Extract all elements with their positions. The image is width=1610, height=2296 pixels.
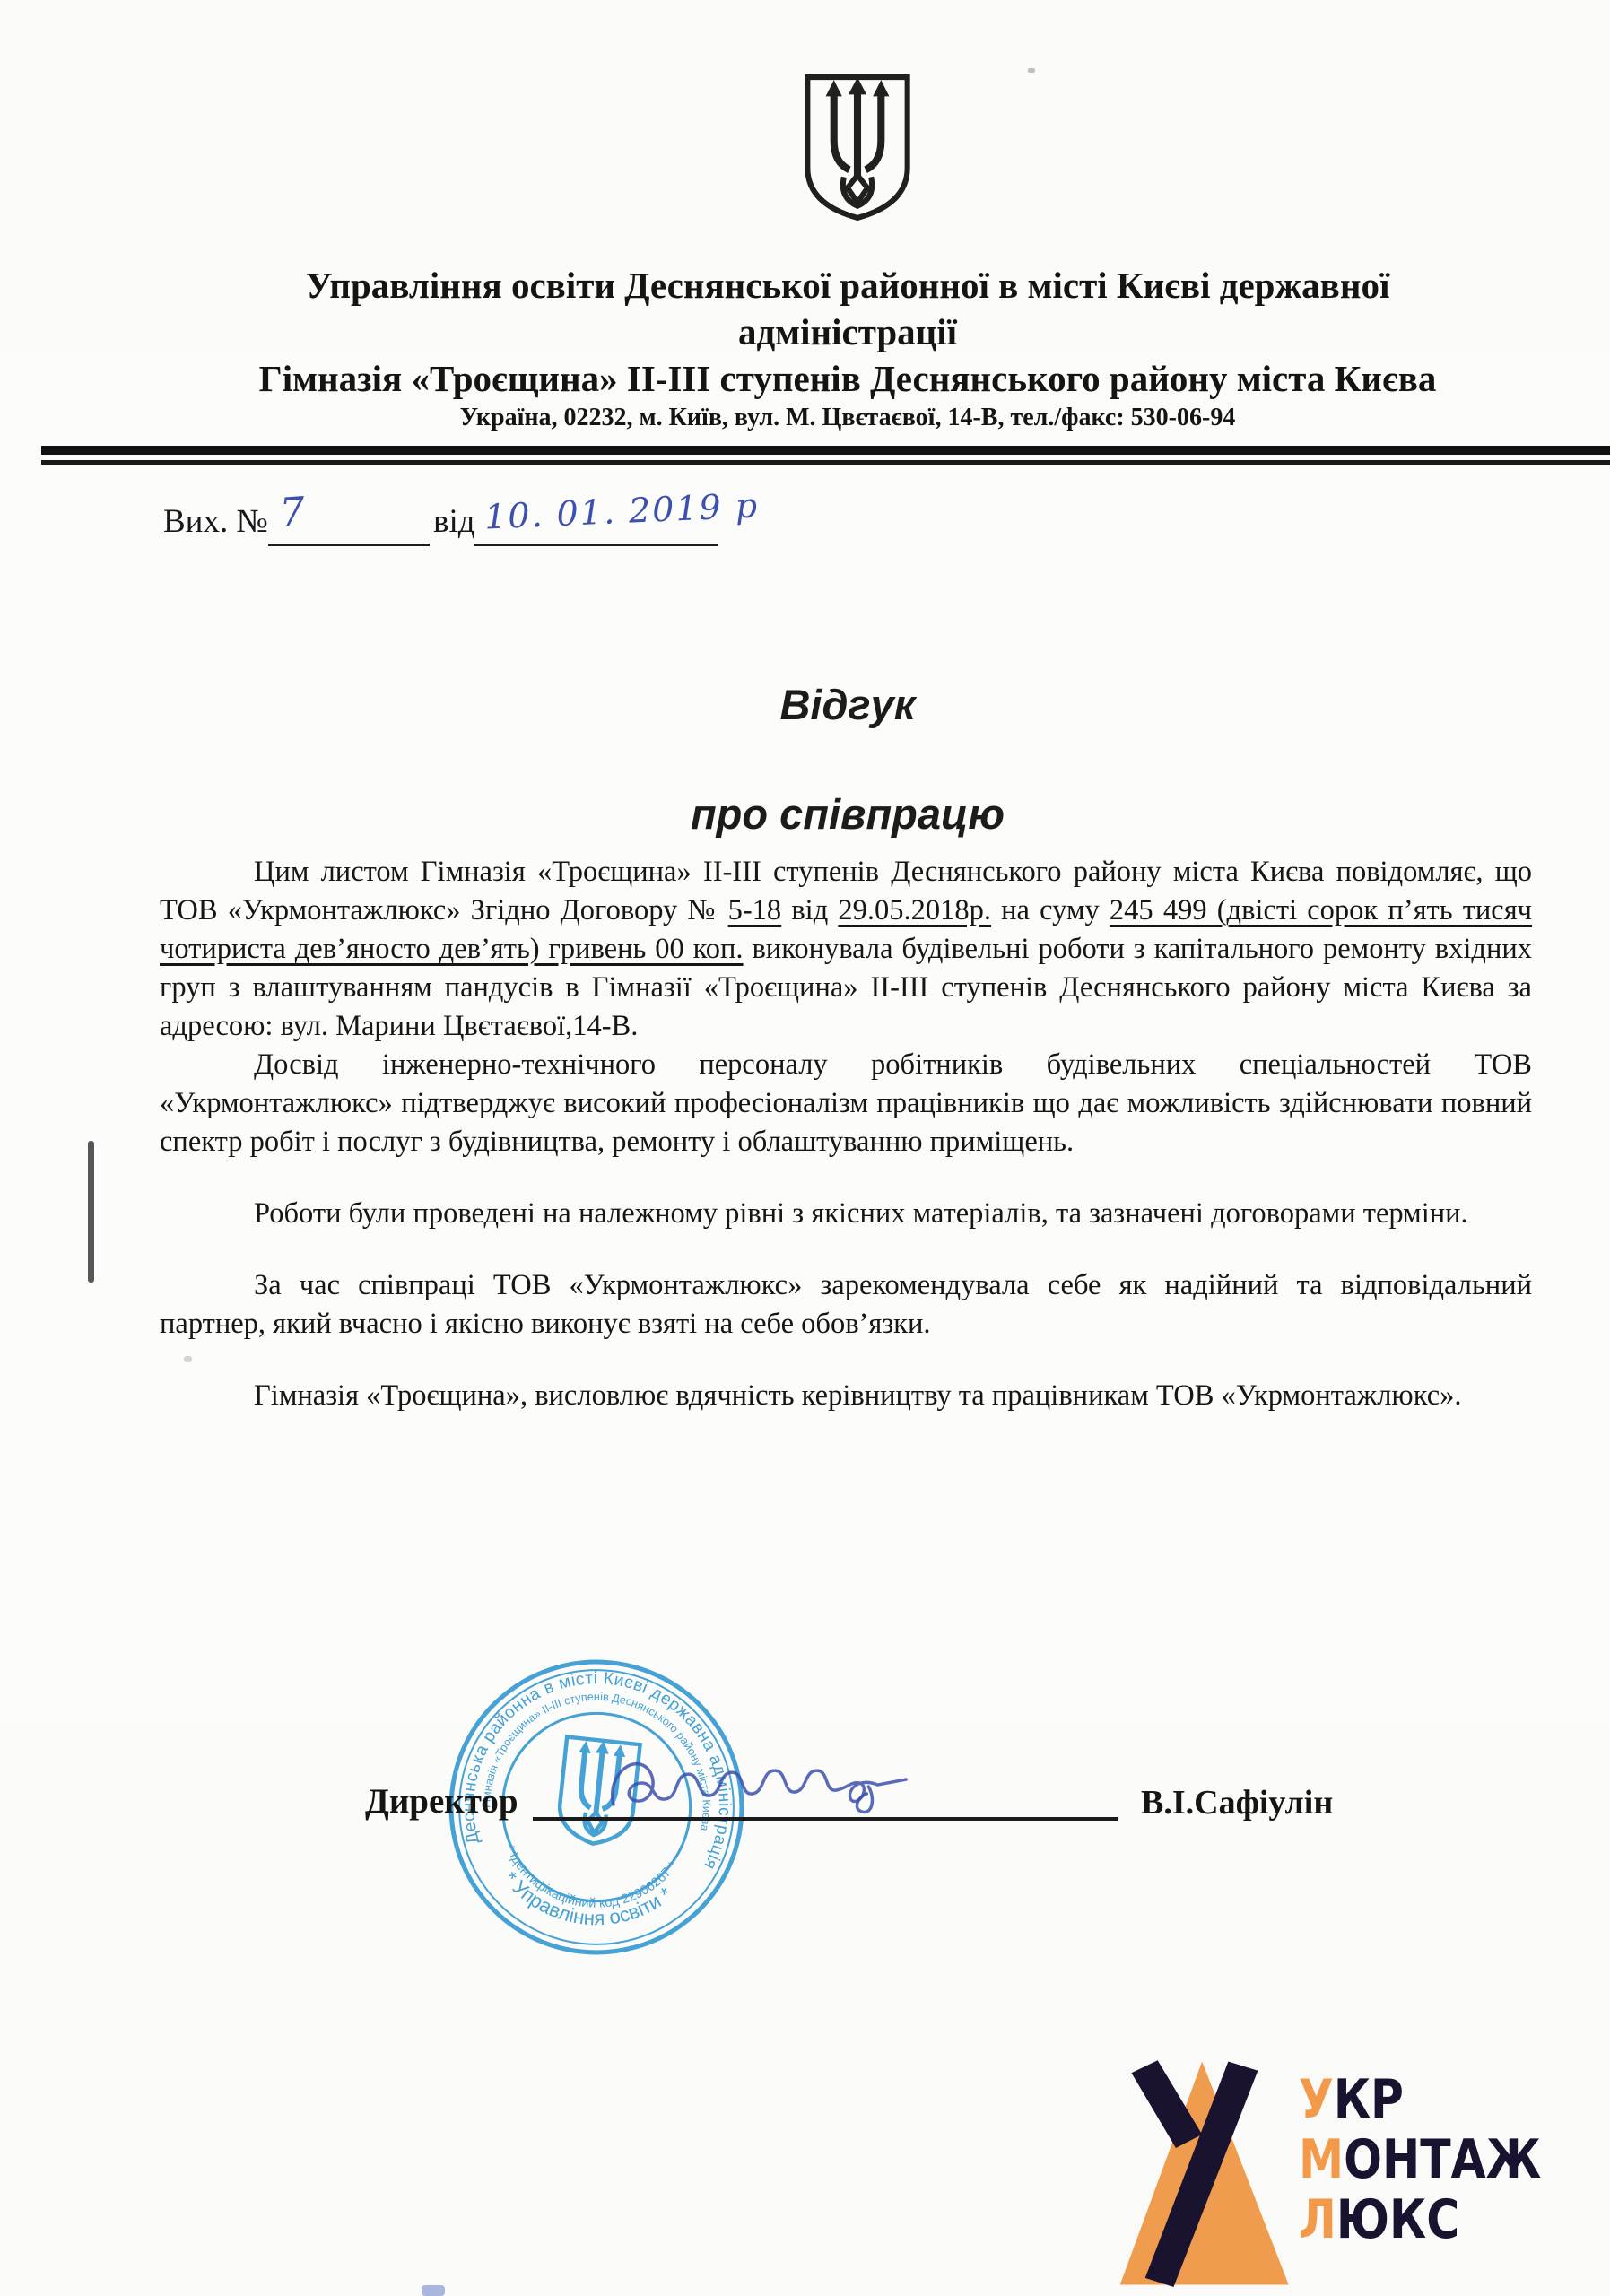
text-run: Досвід інженерно-технічного персоналу ро…: [160, 1048, 1532, 1158]
ukrmontazhluks-logo-mark: [1119, 2059, 1292, 2287]
outgoing-number-label: Вих. №: [163, 502, 268, 541]
paragraph: Цим листом Гімназія «Троєщина» ІІ-ІІІ ст…: [160, 853, 1532, 1046]
scan-speck: [184, 1356, 192, 1362]
scanned-letter-page: Управління освіти Деснянської районної в…: [0, 0, 1610, 2296]
date-label: від: [433, 502, 475, 541]
ukraine-trident-icon: [798, 70, 917, 224]
school-name: Гімназія «Троєщина» ІІ-ІІІ ступенів Десн…: [81, 357, 1610, 400]
director-autograph: [601, 1745, 922, 1835]
scan-speck-blue: [422, 2285, 445, 2296]
letterhead-rule-thick: [41, 446, 1610, 455]
text-run: Гімназія «Троєщина», висловлює вдячність…: [254, 1379, 1462, 1412]
underlined-text: 29.05.2018р.: [838, 894, 991, 926]
logo-line-luks: ЛЮКС: [1299, 2190, 1541, 2250]
text-run: Роботи були проведені на належному рівні…: [254, 1197, 1468, 1230]
paragraph: Роботи були проведені на належному рівні…: [160, 1195, 1532, 1233]
paragraph: За час співпраці ТОВ «Укрмонтажлюкс» зар…: [160, 1266, 1532, 1344]
paragraph: Гімназія «Троєщина», висловлює вдячність…: [160, 1377, 1532, 1415]
outgoing-number-underline: [268, 544, 430, 546]
letterhead-rule-thin: [41, 460, 1610, 465]
body-text: Цим листом Гімназія «Троєщина» ІІ-ІІІ ст…: [160, 853, 1532, 1415]
signer-role-label: Директор: [365, 1781, 518, 1822]
outgoing-number-handwritten: 7: [278, 489, 306, 536]
date-handwritten: 10. 01. 2019 р: [483, 485, 760, 536]
text-run: За час співпраці ТОВ «Укрмонтажлюкс» зар…: [160, 1269, 1532, 1340]
signer-name: В.І.Сафіулін: [1141, 1783, 1333, 1822]
underlined-text: 5-18: [728, 894, 782, 926]
org-name-line1: Управління освіти Деснянської районної в…: [81, 264, 1610, 307]
date-underline: [474, 544, 718, 546]
ukrmontazhluks-logo-text: УКР МОНТАЖ ЛЮКС: [1299, 2070, 1541, 2250]
org-name-line2: адміністрації: [81, 310, 1610, 353]
logo-line-ukr: УКР: [1299, 2070, 1541, 2130]
scan-artifact-left-edge: [88, 1141, 94, 1283]
text-run: від: [781, 894, 838, 926]
logo-line-montazh: МОНТАЖ: [1299, 2130, 1541, 2190]
document-subtitle: про співпрацю: [81, 789, 1610, 839]
scan-speck: [1028, 68, 1035, 73]
document-title: Відгук: [81, 680, 1610, 729]
paragraph: Досвід інженерно-технічного персоналу ро…: [160, 1046, 1532, 1161]
org-address: Україна, 02232, м. Київ, вул. М. Цвєтаєв…: [81, 404, 1610, 432]
text-run: на суму: [991, 894, 1110, 926]
